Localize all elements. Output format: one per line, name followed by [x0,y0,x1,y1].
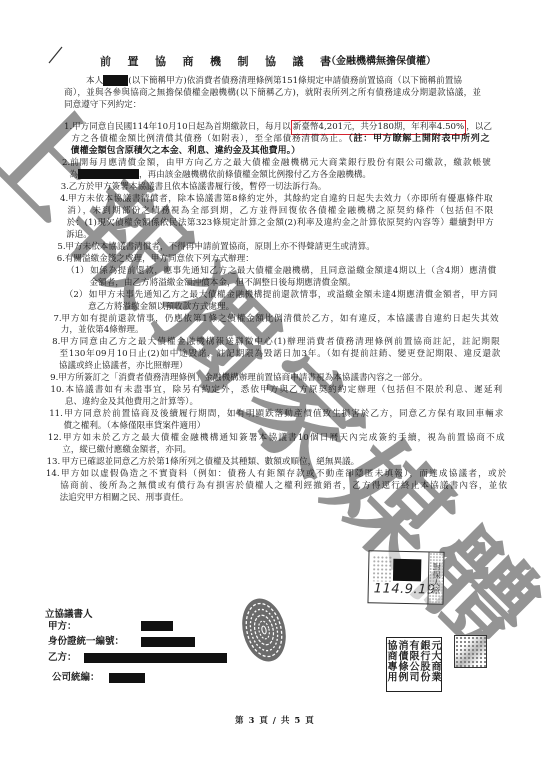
clause-text: 為 [69,170,78,180]
stamp-side-label: 對保人章 [427,552,443,603]
clause-13-line: 13.甲方已確認並同意乙方於第1條所列之債權及其種類、數額或順位，絕無異議。 [62,456,506,468]
clause-8-line: 協議或終止協議者，亦比照辦理） [59,360,501,372]
bank-negotiation-seal: 元大商業 銀行股份 有限公司 消債條例 協商專用 [386,637,442,692]
clause-number: 8. [52,336,60,348]
clause-number: 1. [64,121,72,133]
clause-text: 甲方未依本協議書清償者，不得再申請前置協商，原則上亦不得聲請更生或清算。 [65,242,374,252]
subitem-label: （2） [65,289,88,301]
clause-number: 5. [57,241,65,253]
clause-number: 14. [46,468,60,480]
clause-7-line: 力，並依第4條辦理。 [61,324,499,336]
clause-14-line: 14.甲方如以虛假偽造之不實資料（例如：債務人有鉅額存款或不動產卻隱匿未填報），… [61,468,506,480]
clause-text: 如甲方未事先通知乙方之最大債權金融機構提前還款情事，或溢繳金額未達4期應清償金額… [89,290,498,300]
id-number-label: 身份證統一編號： [48,636,124,647]
clause-text: 甲方同意由乙方之最大債權金融機構報送聯徵中心(1)辦理消費者債務清理條例前置協商… [60,337,500,347]
clause-10-line: 10.本協議書如有未盡事宜，除另有約定外，悉依甲方與乙方原契約約定辦理（包括但不… [66,384,503,396]
clause-number: 6. [57,253,65,265]
clause-4-line: 訴追。 [66,229,494,241]
clause-text: ，再由該金融機構依前條債權金額比例撥付乙方各金融機構。 [139,170,371,180]
clause-5-line: 5.甲方未依本協議書清償者，不得再申請前置協商，原則上亦不得聲請更生或清算。 [65,241,495,253]
document-title: 前置協商機制協議書 [100,56,348,68]
clause-text: 甲方同意於前置協商及後續履行期間，如有明顯跌落動產價值致生損害於乙方，同意乙方保… [64,409,503,419]
personal-seal [454,635,487,668]
clause-2-line: 為，再由該金融機構依前條債權金額比例撥付乙方各金融機構。 [69,169,491,181]
verification-stamp: 114.9.19 對保人章 [367,550,444,605]
redacted-party-a-name [141,621,173,631]
clause-text: 前開每月應清償金額，由甲方向乙方之最大債權金融機構元大商業銀行股份有限公司繳款，… [70,158,491,168]
clause-6-subitem-2-line: 意乙方將溢繳金額以預收款方式處理。 [88,301,498,313]
pen-mark-icon [46,44,66,66]
clause-number: 4. [60,193,68,205]
intro-line-2: 商），並與各參與協商之無擔保債權金融機構(以下簡稱乙方)，就附表所列之所有債務達… [64,87,481,99]
company-id-label: 公司統編： [52,672,100,683]
seal-text: 銀行股份 [418,640,429,689]
clause-12-line: 立，縱已繳付應繳金額者，亦同。 [62,444,505,456]
clause-text: 甲方如未於乙方之最大債權金融機構通知簽署本協議書10個日曆天內完成簽約手續，視為… [63,433,505,443]
clause-10-line: 息、違約金及其他費用之計算等）。 [65,396,503,408]
clause-11-line: 償之權利。（本條僅限車貸案件適用） [64,420,504,432]
clause-4-line: 消），未到期部份之債務視為全部到期，乙方並得回復依各債權金融機構之原契約條件（包… [67,205,493,217]
clause-14-line: 法追究甲方相關之民、刑事責任。 [60,492,508,504]
clause-text: ，以乙 [466,122,492,132]
clause-8-line: 至130年09月10日止(2)如中途毀諾，註記期限為毀諾日加3年。（如有提前註銷… [59,348,500,360]
handwritten-date: 114.9.19 [374,581,436,598]
clause-text: 乙方於甲方簽署本協議書且依本協議書履行後，暫停一切法訴行為。 [69,182,327,192]
clause-number: 12. [48,432,62,444]
clause-text: 如係為提前還款，應事先通知乙方之最大債權金融機構，且同意溢繳金額達4期以上（含4… [90,266,496,276]
clause-text: 甲方同意自民國114年10月10日起為首期繳款日，每月以 [72,122,291,132]
subitem-label: （1） [66,265,89,277]
clause-4-line: 4.甲方未依本協議書清償者，除本協議書第8條約定外，其餘約定自違約日起失去效力（… [68,193,493,205]
clause-1-line: 1.甲方同意自民國114年10月10日起為首期繳款日，每月以新臺幣4,201元，… [72,121,489,133]
clause-8-line: 8.甲方同意由乙方之最大債權金融機構報送聯徵中心(1)辦理消費者債務清理條例前置… [60,336,500,348]
intro-line-1: 本人(以下簡稱甲方)依消費者債務清理條例第151條規定申請債務前置協商（以下簡稱… [86,75,462,87]
redacted-company-id [109,673,145,683]
redacted-account-number [78,169,139,179]
clause-number: 3. [61,181,69,193]
page-indicator: 第 3 頁 / 共 5 頁 [235,716,315,727]
clause-number: 2. [62,157,70,169]
redacted-seal [393,559,421,582]
clause-11-line: 11.甲方同意於前置協商及後續履行期間，如有明顯跌落動產價值致生損害於乙方，同意… [64,408,503,420]
clause-number: 13. [47,456,61,468]
clause-number: 7. [53,313,61,325]
party-b-label: 乙方： [48,652,77,663]
intro-line-3: 同意遵守下列約定： [64,99,141,111]
clause-number: 11. [49,408,63,420]
clause-6-subitem-1-line: （1）如係為提前還款，應事先通知乙方之最大債權金融機構，且同意溢繳金額達4期以上… [90,265,496,277]
clause-text: 甲方未依本協議書清償者，除本協議書第8條約定外，其餘約定自違約日起失去效力（亦即… [68,194,493,204]
clause-text: 甲方已確認並同意乙方於第1條所列之債權及其種類、數額或順位，絕無異議。 [62,457,360,467]
clause-note-bold: 債權金額包含原積欠之本金、利息、違約金及其他費用。） [71,146,301,156]
clause-6-subitem-2-line: （2）如甲方未事先通知乙方之最大債權金融機構提前還款情事，或溢繳金額未達4期應清… [89,289,498,301]
seal-text: 協商專用 [385,640,396,689]
clause-text: 甲方所簽訂之「消費者債務清理條例」金融機構辦理前置協商申請書視為本協議書內容之一… [58,373,428,383]
seal-text: 有限公司 [407,640,418,689]
clause-6-subitem-1-line: 金額者，由乙方將溢繳金額沖償本金，但不調整日後每期應清償金額。 [89,277,496,289]
scanned-agreement-page: 上報獨家媒體 前置協商機制協議書 （金融機構無擔保債權） 本人(以下簡稱甲方)依… [0,0,550,778]
seal-text: 元大商業 [429,640,440,689]
intro-text: (以下簡稱甲方)依消費者債務清理條例第151條規定申請債務前置協商（以下簡稱前置… [128,76,462,86]
redacted-id-number [141,637,195,647]
signatories-heading: 立協議書人 [45,609,93,620]
seal-text: 消債條例 [396,640,407,689]
intro-text: 本人 [86,76,103,86]
clause-text: 方之各債權金額比例清償其債務（如附表），至全部債務清償為止。 [71,134,348,144]
clause-14-line: 協商前、後所為之無償或有償行為有損害於債權人之權利經撤銷者，乙方得逕行終止本協議… [60,480,507,492]
clause-3-line: 3.乙方於甲方簽署本協議書且依本協議書履行後，暫停一切法訴行為。 [69,181,492,193]
clause-text: 有關溢繳金錢之處理，甲方同意依下列方式辦理： [65,254,254,264]
clause-12-line: 12.甲方如未於乙方之最大債權金融機構通知簽署本協議書10個日曆天內完成簽約手續… [63,432,505,444]
stamp-texture [372,555,393,581]
clause-7-line: 7.甲方如有提前還款情事，仍應依第1條之債權金額比例清償於乙方，如有違反，本協議… [61,313,498,325]
clause-6-line: 6.有關溢繳金錢之處理，甲方同意依下列方式辦理： [65,253,496,265]
clause-number: 10. [51,384,65,396]
clause-number: 9. [50,372,58,384]
redacted-party-b-name [84,653,227,663]
document-subtitle: （金融機構無擔保債權） [326,56,436,68]
clause-note-bold: （註：甲方瞭解上開附表中所列之 [348,134,489,144]
clause-4-line: 於：(1)現欠債權金額係依民法第323條規定計算之金額(2)利率及違約金之計算依… [67,217,494,229]
clause-1-line: 債權金額包含原積欠之本金、利息、違約金及其他費用。） [71,145,491,157]
redacted-name [103,75,128,86]
clause-9-line: 9.甲方所簽訂之「消費者債務清理條例」金融機構辦理前置協商申請書視為本協議書內容… [58,372,501,384]
clause-1-line: 方之各債權金額比例清償其債務（如附表），至全部債務清償為止。（註：甲方瞭解上開附… [71,133,489,145]
clause-2-line: 2.前開每月應清償金額，由甲方向乙方之最大債權金融機構元大商業銀行股份有限公司繳… [70,157,491,169]
clause-text: 本協議書如有未盡事宜，除另有約定外，悉依甲方與乙方原契約約定辦理（包括但不限於利… [66,385,503,395]
clause-text: 甲方如以虛假偽造之不實資料（例如：債務人有鉅額存款或不動產卻隱匿未填報），而達成… [61,469,506,479]
fingerprint-icon [238,594,290,666]
party-a-label: 甲方： [48,621,77,632]
clause-text: 甲方如有提前還款情事，仍應依第1條之債權金額比例清償於乙方，如有違反，本協議書自… [61,314,498,324]
